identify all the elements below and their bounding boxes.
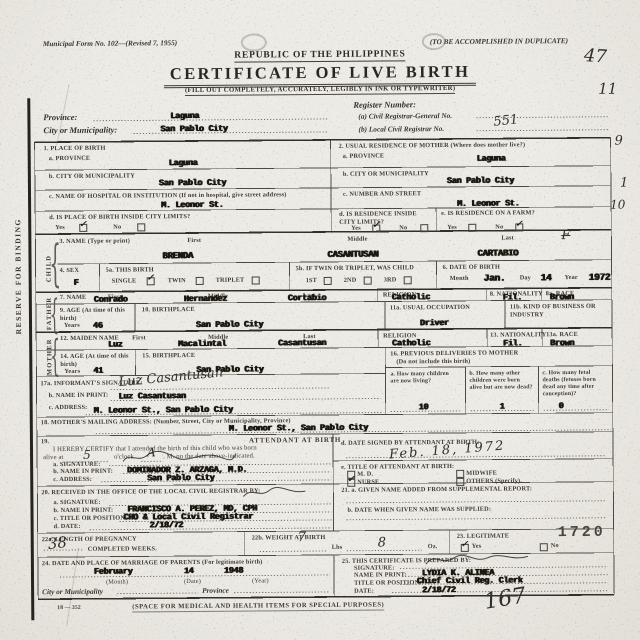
informant-address: M. Leonor St., San Pablo City bbox=[94, 405, 233, 416]
father-race-value: Brown bbox=[550, 292, 574, 302]
s22b-label: 22b. WEIGHT AT BIRTH bbox=[252, 534, 326, 542]
mother-middle-name: Macalintal bbox=[178, 339, 226, 349]
s22b-oz-label: Oz. bbox=[428, 543, 438, 551]
s22a-weeks-label: COMPLETED WEEKS. bbox=[88, 545, 157, 553]
birth-day-value: 14 bbox=[541, 272, 552, 283]
register-heading: Register Number: bbox=[353, 99, 416, 109]
s1-c-value: M. Leonor St. bbox=[161, 200, 223, 210]
s5b-3rd-checkbox bbox=[404, 276, 412, 284]
margin-note: 1 bbox=[620, 176, 628, 191]
s16-value-b: 1 bbox=[500, 402, 505, 412]
s16-question-a: a. How many children are now living? bbox=[390, 371, 458, 386]
child-last-name: CARTABIO bbox=[477, 248, 518, 258]
s16-value-a: 10 bbox=[419, 402, 429, 412]
s21b-label: b. DATE WHEN GIVEN NAME WAS SUPPLIED: bbox=[347, 506, 491, 515]
s6-month-header: Month bbox=[450, 275, 469, 283]
margin-note: 47 bbox=[583, 45, 607, 67]
mother-religion-value: Catholic bbox=[392, 338, 430, 348]
child-brace: { bbox=[49, 239, 61, 289]
s24-province-label: Province bbox=[202, 586, 229, 595]
s11b-label: 11b. KIND OF BUSINESS OR INDUSTRY bbox=[510, 303, 605, 319]
s19-heading: ATTENDANT AT BIRTH bbox=[249, 436, 341, 445]
s22b-lbs-label: Lbs bbox=[332, 544, 343, 552]
form-number: Municipal Form No. 102—(Revised 7, 1955) bbox=[43, 38, 177, 48]
s2-b-label: b. CITY OR MUNICIPALITY bbox=[343, 170, 429, 178]
s1-d-no-label: No bbox=[113, 224, 121, 232]
mother-last-name: Casantusan bbox=[278, 338, 326, 348]
title-nurse-checkbox: ✓ bbox=[347, 479, 355, 487]
s20d-label: d. DATE: bbox=[54, 523, 81, 531]
s5a-single-checkbox: ✓ bbox=[147, 277, 155, 285]
s5b-1st-label: 1ST bbox=[306, 277, 317, 285]
s20b-label: b. NAME IN PRINT: bbox=[53, 507, 113, 515]
s16-question-b: b. How many other children were born ali… bbox=[469, 370, 533, 392]
stamp-number-1720: 1720 bbox=[558, 524, 606, 541]
father-nationality-value: Fil. bbox=[503, 292, 522, 302]
s2-heading: 2. USUAL RESIDENCE OF MOTHER (Where does… bbox=[339, 141, 526, 150]
stamp-number-167: 167 bbox=[482, 583, 528, 615]
margin-note: F bbox=[561, 228, 570, 243]
s2-b-value: San Pablo City bbox=[447, 175, 514, 186]
father-religion-value: Catholic bbox=[392, 292, 430, 302]
check-mark: ✓ bbox=[347, 475, 355, 485]
father-last-name: Cortabio bbox=[288, 293, 326, 303]
s2-d-no-label: No bbox=[399, 224, 407, 232]
city-value: San Pablo City bbox=[160, 124, 227, 135]
page-subtitle: (FILL OUT COMPLETELY, ACCURATELY, LEGIBL… bbox=[185, 85, 456, 96]
s2-d-yes-label: Yes bbox=[351, 225, 361, 233]
s14-years-header: Years bbox=[64, 368, 80, 376]
s5b-1st-checkbox bbox=[324, 277, 332, 285]
s5b-label: 5b. IF TWIN OR TRIPLET, WAS CHILD bbox=[296, 264, 414, 272]
margin-note: 11 bbox=[598, 80, 617, 98]
margin-note: 9 bbox=[615, 134, 623, 149]
s2-d-no-checkbox bbox=[420, 224, 428, 232]
father-birthplace-value: San Pablo City bbox=[196, 319, 263, 330]
signature-scrawl bbox=[422, 551, 532, 568]
marriage-year-value: 1948 bbox=[224, 566, 243, 576]
s25-date-label: DATE: bbox=[354, 588, 374, 596]
signature-scrawl bbox=[119, 449, 239, 466]
s6-label: 6. DATE OF BIRTH bbox=[443, 264, 501, 272]
margin-note: 10 bbox=[610, 198, 625, 212]
s1-heading: 1. PLACE OF BIRTH bbox=[44, 145, 106, 153]
title-others-label: OTHERS (Specify). bbox=[466, 477, 522, 485]
check-mark: ✓ bbox=[372, 221, 380, 231]
check-mark: ✓ bbox=[515, 219, 523, 229]
s1-d-yes-label: Yes bbox=[55, 224, 65, 232]
mother-brace: { bbox=[50, 335, 60, 378]
s16-label: 16. PREVIOUS DELIVERIES TO MOTHER bbox=[390, 349, 518, 358]
title-others-checkbox bbox=[456, 478, 464, 486]
s2-d-label: d. IS RESIDENCE INSIDE CITY LIMITS? bbox=[339, 210, 431, 226]
s1-b-label: b. CITY OR MUNICIPALITY bbox=[49, 172, 135, 180]
s1-b-value: San Pablo City bbox=[159, 178, 226, 189]
birth-month-value: Jan. bbox=[484, 273, 506, 284]
registrar-date: 2/18/72 bbox=[150, 520, 184, 530]
republic-heading: REPUBLIC OF THE PHILIPPINES bbox=[234, 49, 405, 62]
informant-signature: Luz Casantusan bbox=[118, 365, 224, 390]
s5a-triplet-checkbox bbox=[252, 276, 260, 284]
mother-age-value: 41 bbox=[93, 366, 103, 376]
s19b-label: b. NAME IN PRINT: bbox=[53, 468, 113, 476]
father-first-name: Conrado bbox=[94, 295, 128, 305]
title-md-label: M. D. bbox=[357, 471, 373, 479]
signature-scrawl bbox=[239, 486, 309, 501]
s1-d-label: d. IS PLACE OF BIRTH INSIDE CITY LIMITS? bbox=[49, 213, 190, 222]
s21a-label: 21. a. GIVEN NAME ADDED FROM SUPPLEMENTA… bbox=[341, 485, 532, 494]
s12-first-header: First bbox=[132, 334, 146, 342]
father-brace: { bbox=[50, 294, 59, 334]
s1-d-yes-checkbox: ✓ bbox=[79, 224, 87, 232]
legitimate-yes-label: Yes bbox=[472, 543, 482, 551]
marriage-day-value: 14 bbox=[184, 566, 194, 576]
s2-e-no-checkbox: ✓ bbox=[515, 223, 523, 231]
s2-e-label: e. IS RESIDENCE ON A FARM? bbox=[441, 209, 535, 217]
footer-note: (SPACE FOR MEDICAL AND HEALTH ITEMS FOR … bbox=[132, 602, 384, 613]
s1-a-label: a. PROVINCE bbox=[49, 155, 91, 163]
s24-month-header: (Month) bbox=[106, 579, 128, 587]
mother-nationality-value: Fil. bbox=[503, 338, 522, 348]
father-middle-name: Hernandez bbox=[184, 294, 227, 304]
s17c-label: c. ADDRESS: bbox=[49, 404, 88, 412]
s11a-label: 11a. USUAL OCCUPATION bbox=[390, 304, 470, 312]
s2-c-label: c. NUMBER AND STREET bbox=[343, 190, 421, 198]
s25-title-label: TITLE OR POSITION: bbox=[354, 579, 421, 587]
check-mark: ✓ bbox=[461, 540, 469, 550]
attendant-address: San Pablo City bbox=[147, 473, 214, 484]
s2-e-yes-label: Yes bbox=[447, 224, 457, 232]
child-middle-name: CASANTUSAN bbox=[327, 250, 378, 260]
s5a-triplet-label: TRIPLET bbox=[216, 277, 245, 285]
s3-last-header: Last bbox=[501, 234, 514, 242]
informant-name: Luz Casantusan bbox=[119, 391, 186, 402]
father-age-value: 46 bbox=[93, 321, 103, 331]
stamp-smudge bbox=[241, 33, 267, 51]
birth-certificate-scan: RESERVE FOR BINDING Municipal Form No. 1… bbox=[0, 0, 640, 640]
check-mark: ✓ bbox=[147, 273, 155, 283]
binding-rule bbox=[27, 98, 34, 620]
s6-year-header: Year bbox=[565, 274, 578, 282]
local-registrar-number: 551 bbox=[493, 112, 519, 129]
s7-label: 7. NAME bbox=[60, 294, 87, 302]
city-label: City or Municipality: bbox=[43, 125, 117, 136]
s5b-2nd-checkbox bbox=[364, 277, 372, 285]
legitimate-no-label: No bbox=[551, 542, 559, 550]
mother-race-value: Brown bbox=[550, 338, 574, 348]
province-value: Laguna bbox=[170, 111, 199, 121]
s2-e-no-label: No bbox=[495, 224, 503, 232]
s5b-3rd-label: 3RD bbox=[384, 276, 397, 284]
pregnancy-weeks-value: 38 bbox=[47, 533, 68, 553]
s25-name-label: NAME IN PRINT: bbox=[354, 571, 407, 579]
s15-label: 15. BIRTHPLACE bbox=[142, 352, 195, 360]
s16-question-c: c. How many fetal deaths (fetuses born d… bbox=[542, 370, 606, 399]
s24-date-header: (Date) bbox=[184, 578, 201, 586]
s16-note: (Do not include this birth) bbox=[396, 358, 470, 366]
s9-years-header: Years bbox=[64, 322, 80, 330]
s24-year-header: (Year) bbox=[252, 577, 269, 585]
stamp-smudge bbox=[422, 33, 446, 50]
s3-first-header: First bbox=[187, 237, 201, 245]
birth-hour-value: 5 bbox=[83, 448, 91, 462]
s2-c-value: M. Leonor St. bbox=[457, 198, 519, 208]
legitimate-no-checkbox bbox=[540, 543, 548, 551]
s2-a-label: a. PROVINCE bbox=[343, 152, 385, 160]
s1-a-value: Laguna bbox=[169, 158, 198, 168]
weight-lbs-value: 7 bbox=[298, 530, 306, 545]
s3-label: 3. NAME (Type or print) bbox=[59, 237, 130, 245]
s20c-label: c. TITLE OR POSITION: bbox=[54, 515, 128, 523]
mother-first-name: Luz bbox=[108, 340, 122, 350]
s2-d-yes-checkbox: ✓ bbox=[372, 225, 380, 233]
s5b-2nd-label: 2ND bbox=[344, 277, 357, 285]
s20-label: 20. RECEIVED IN THE OFFICE OF THE LOCAL … bbox=[41, 487, 260, 496]
preparer-date: 2/18/72 bbox=[422, 585, 456, 595]
mailing-address-value: M. Leonor St., San Pablo City bbox=[229, 423, 368, 434]
title-midwife-label: MIDWIFE bbox=[466, 470, 497, 478]
child-first-name: BRENDA bbox=[162, 251, 193, 261]
birth-year-value: 1972 bbox=[589, 272, 611, 283]
s3-middle-header: Middle bbox=[347, 236, 367, 244]
weight-oz-value: 8 bbox=[378, 535, 386, 550]
local-registrar-label: (b) Local Civil Registrar No. bbox=[358, 124, 444, 134]
s5a-single-label: SINGLE bbox=[112, 277, 137, 285]
father-occupation-value: Driver bbox=[420, 318, 449, 328]
s5a-twin-checkbox bbox=[196, 277, 204, 285]
s16-value-c: 0 bbox=[559, 401, 564, 411]
s4-label: 4. SEX bbox=[60, 267, 80, 275]
registrar-general-label: (a) Civil Registrar-General No. bbox=[358, 111, 452, 121]
s5a-twin-label: TWIN bbox=[168, 277, 186, 285]
duplicate-note: (TO BE ACCOMPLISHED IN DUPLICATE) bbox=[430, 36, 568, 46]
legitimate-yes-checkbox: ✓ bbox=[461, 544, 469, 552]
s6-day-header: Day bbox=[520, 274, 531, 282]
check-mark: ✓ bbox=[79, 220, 87, 230]
s2-a-value: Laguna bbox=[477, 154, 506, 164]
marriage-month-value: February bbox=[94, 566, 132, 576]
s2-e-yes-checkbox bbox=[468, 224, 476, 232]
child-sex-value: F bbox=[74, 278, 79, 288]
title-nurse-label: NURSE bbox=[357, 479, 379, 487]
s20a-label: a. SIGNATURE: bbox=[53, 499, 100, 507]
s19-number: 19. bbox=[41, 438, 49, 446]
s1-d-no-checkbox bbox=[137, 223, 145, 231]
title-midwife-checkbox bbox=[456, 470, 464, 478]
registrar-title: CHO & Local Civil Registrar bbox=[124, 512, 254, 523]
s19c-label: c. ADDRESS: bbox=[53, 476, 92, 484]
s10-label: 10. BIRTHPLACE bbox=[142, 306, 195, 314]
binding-label: RESERVE FOR BINDING bbox=[13, 218, 23, 334]
s17b-label: b. NAME IN PRINT: bbox=[49, 392, 109, 400]
